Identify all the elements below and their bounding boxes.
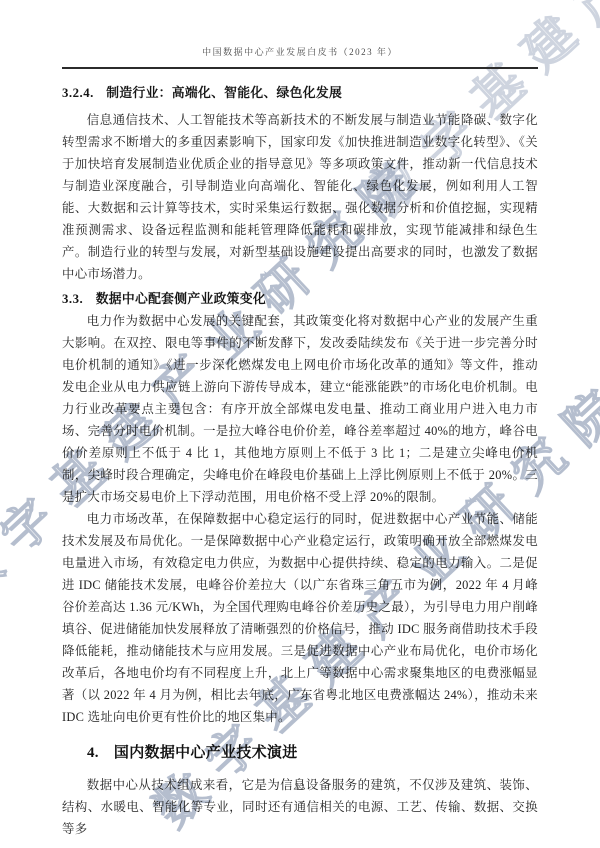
page-number: 32 — [295, 782, 306, 792]
section-title: 制造行业：高端化、智能化、绿色化发展 — [106, 86, 342, 100]
paragraph-power-market-reform: 电力市场改革，在保障数据中心稳定运行的同时，促进数据中心产业节能、储能技术发展及… — [62, 508, 538, 728]
paragraph-manufacturing-industry: 信息通信技术、人工智能技术等高新技术的不断发展与制造业节能降碳、数字化转型需求不… — [62, 109, 538, 285]
document-page: 数字基建产业研究院 数字基建产业研究院 数字基建产业研究院 中国数据中心产业发展… — [0, 0, 600, 848]
section-title: 国内数据中心产业技术演进 — [114, 745, 298, 761]
header-title: 中国数据中心产业发展白皮书（2023 年） — [62, 45, 538, 69]
section-heading-4: 4. 国内数据中心产业技术演进 — [62, 741, 538, 765]
document-body: 3.2.4. 制造行业：高端化、智能化、绿色化发展 信息通信技术、人工智能技术等… — [62, 82, 538, 840]
section-title: 数据中心配套侧产业政策变化 — [96, 292, 266, 306]
section-number: 3.2.4. — [62, 86, 94, 100]
paragraph-power-policy: 电力作为数据中心发展的关键配套，其政策变化将对数据中心产业的发展产生重大影响。在… — [62, 310, 538, 508]
section-number: 3.3. — [62, 292, 83, 306]
section-heading-3-2-4: 3.2.4. 制造行业：高端化、智能化、绿色化发展 — [62, 82, 538, 104]
section-heading-3-3: 3.3. 数据中心配套侧产业政策变化 — [62, 288, 538, 310]
section-number: 4. — [87, 745, 99, 761]
page-header: 中国数据中心产业发展白皮书（2023 年） — [62, 0, 538, 69]
page-footer: 32 — [0, 782, 600, 792]
